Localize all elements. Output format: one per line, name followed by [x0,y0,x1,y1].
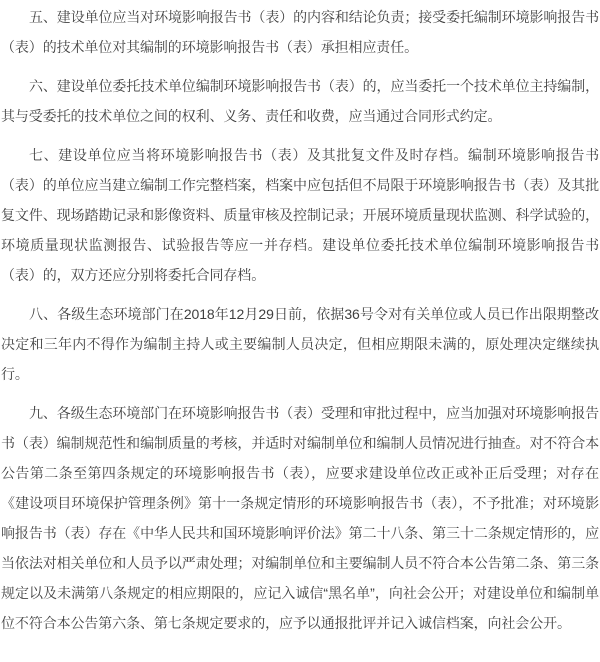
paragraph-clause-6: 六、建设单位委托技术单位编制环境影响报告书（表）的，应当委托一个技术单位主持编制… [1,71,599,131]
paragraph-clause-7: 七、建设单位应当将环境影响报告书（表）及其批复文件及时存档。编制环境影响报告书（… [1,140,599,290]
paragraph-clause-8: 八、各级生态环境部门在2018年12月29日前，依据36号令对有关单位或人员已作… [1,299,599,389]
paragraph-clause-9: 九、各级生态环境部门在环境影响报告书（表）受理和审批过程中，应当加强对环境影响报… [1,398,599,638]
document-page: { "page": { "background_color": "#ffffff… [0,0,600,662]
paragraph-clause-5: 五、建设单位应当对环境影响报告书（表）的内容和结论负责；接受委托编制环境影响报告… [1,2,599,62]
announcement-text-body: 五、建设单位应当对环境影响报告书（表）的内容和结论负责；接受委托编制环境影响报告… [0,0,600,638]
